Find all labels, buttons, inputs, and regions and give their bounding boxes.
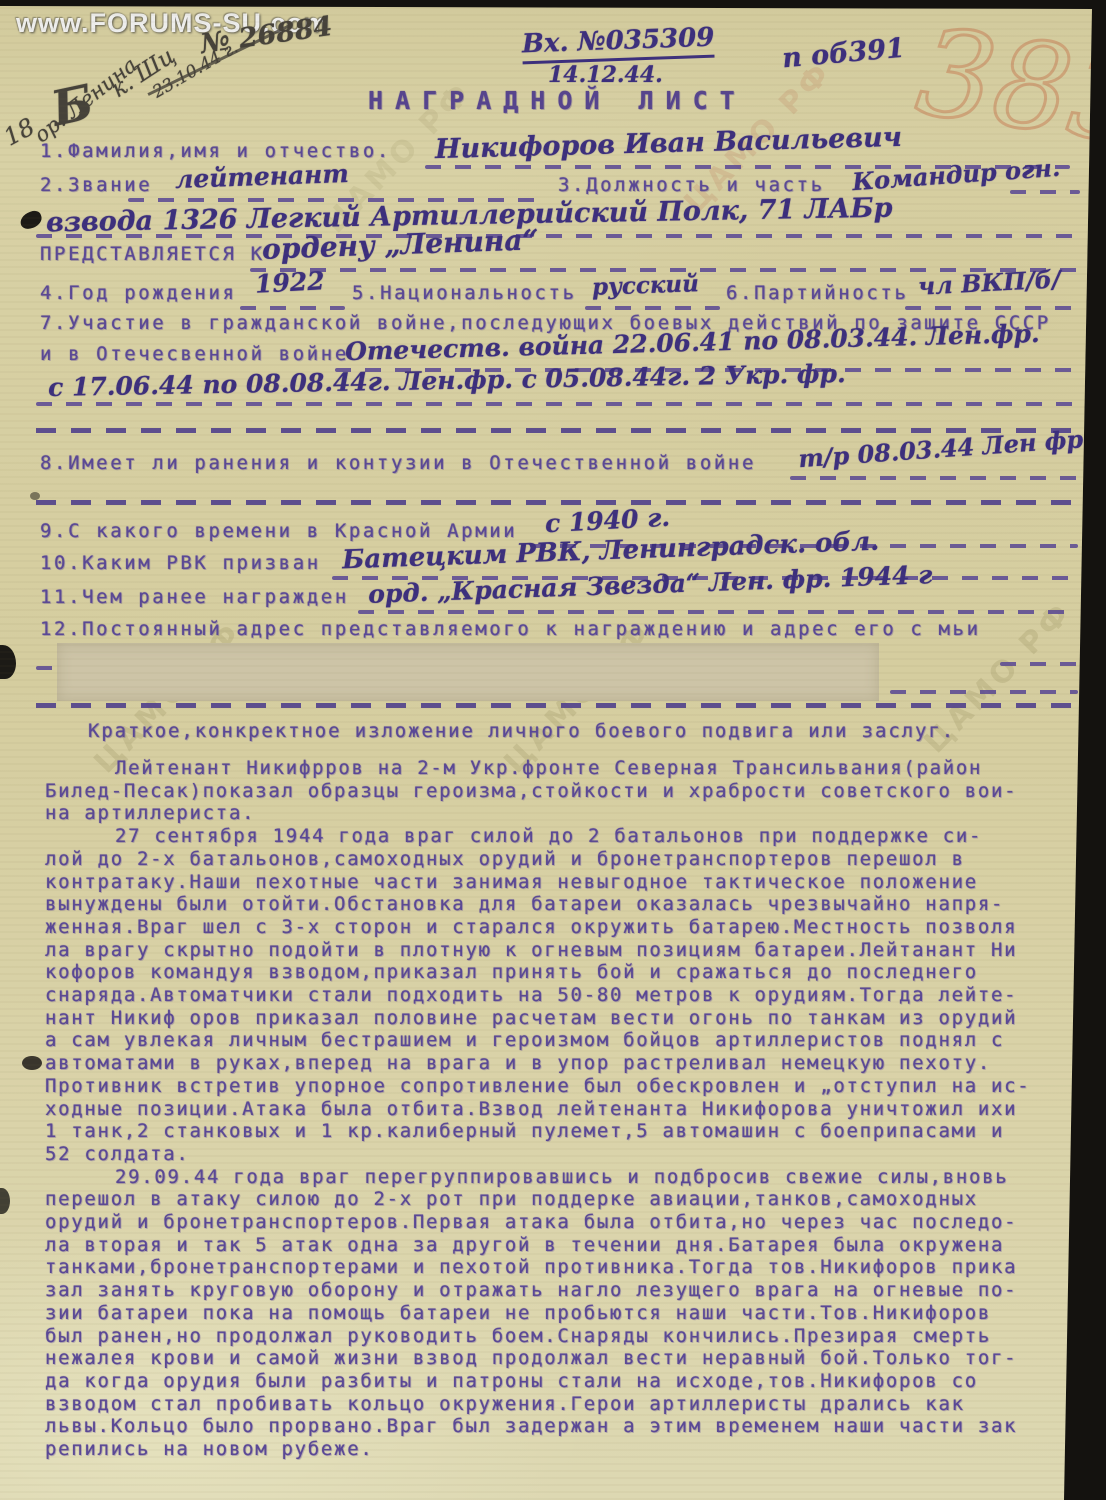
field-11-label: 11.Чем ранее награжден xyxy=(40,586,349,608)
page-title: НАГРАДНОЙ ЛИСТ xyxy=(368,86,747,115)
body-line: Лейтенант Никифрров на 2-м Укр.фронте Се… xyxy=(115,757,1075,780)
field-6-label: 6.Партийность xyxy=(726,282,909,304)
body-line: ла вторая и так 5 атак одна за другой в … xyxy=(45,1234,1075,1257)
field-7-value-line2: с 17.06.44 по 08.08.44г. Лен.фр. с 05.08… xyxy=(48,359,846,402)
dash-separator xyxy=(36,500,1080,505)
dash-line xyxy=(36,666,62,670)
body-line: нежалея крови и самой жизни взвод продол… xyxy=(45,1347,1075,1370)
section-heading: Краткое,конкректное изложение личного бо… xyxy=(88,720,955,742)
field-1-value: Никифоров Иван Васильевич xyxy=(435,122,903,165)
body-line: львы.Кольцо было прорвано.Враг был задер… xyxy=(45,1415,1075,1438)
ink-note: п об391 xyxy=(781,33,906,75)
field-5-value: русский xyxy=(592,270,700,301)
field-3-label: 3.Должность и часть xyxy=(558,174,825,196)
pencil-note-number-small: 18 xyxy=(0,112,39,151)
body-line: кофоров командуя взводом,приказал принят… xyxy=(45,961,1075,984)
field-7-label-line2: и в Отечесвенной войне xyxy=(40,343,349,365)
body-line: Билед-Песак)показал образцы героизма,сто… xyxy=(45,780,1075,803)
dash-line xyxy=(36,402,1076,406)
dash-line xyxy=(890,690,1078,694)
body-line: орудий и бронетранспортеров.Первая атака… xyxy=(45,1211,1075,1234)
body-line: ла врагу скрытно подойти в плотную к огн… xyxy=(45,939,1075,962)
body-line: автоматами в руках,вперед на врага и в у… xyxy=(45,1052,1075,1075)
field-2-value: лейтенант xyxy=(175,159,350,194)
body-line: снаряда.Автоматчики стали подходить на 5… xyxy=(45,984,1075,1007)
body-line: зии батареи пока на помощь батареи не пр… xyxy=(45,1302,1075,1325)
field-4-label: 4.Год рождения xyxy=(40,282,237,304)
field-6-value: чл ВКП/б/ xyxy=(917,264,1061,300)
dash-line xyxy=(1000,662,1078,666)
body-line: нант Никиф оров приказал половине расчет… xyxy=(45,1007,1075,1030)
body-line: 29.09.44 года враг перегруппировавшись и… xyxy=(115,1166,1075,1189)
incoming-date: 14.12.44. xyxy=(548,62,663,88)
dash-separator xyxy=(36,703,1080,708)
field-9-value: с 1940 г. xyxy=(544,503,670,539)
paper-sheet: ЦАМО РФ ЦАМО РФ ЦАМО РФ ЦАМО РФ ЦАМО РФ … xyxy=(0,0,1106,1500)
body-line: был ранен,но продолжал руководить боем.С… xyxy=(45,1325,1075,1348)
body-line: контратаку.Наши пехотные части занимая н… xyxy=(45,871,1075,894)
body-line: зал занять круговую оборону и отражать н… xyxy=(45,1279,1075,1302)
field-5-label: 5.Национальность xyxy=(352,282,577,304)
body-line: да когда орудия были разбиты и патроны с… xyxy=(45,1370,1075,1393)
body-line: репились на новом рубеже. xyxy=(45,1438,1075,1461)
body-line: женная.Враг шел с 3-х сторон и старался … xyxy=(45,916,1075,939)
incoming-number: Вх. №035309 xyxy=(521,23,714,65)
red-page-number: 383 xyxy=(909,3,1106,173)
dash-line xyxy=(36,234,1076,238)
edge-tear xyxy=(22,1056,42,1070)
body-line: а сам увлекая личным бестрашием и героиз… xyxy=(45,1029,1075,1052)
dash-line xyxy=(358,610,1076,614)
body-line: Противник встретив упорное сопротивление… xyxy=(45,1075,1075,1098)
body-line: на артиллериста. xyxy=(45,802,1075,825)
body-line: 27 сентября 1944 года враг силой до 2 ба… xyxy=(115,825,1075,848)
dash-line xyxy=(905,306,1077,310)
smudge xyxy=(30,492,40,500)
scanned-document-page: ЦАМО РФ ЦАМО РФ ЦАМО РФ ЦАМО РФ ЦАМО РФ … xyxy=(0,0,1106,1500)
ink-blot xyxy=(18,209,44,232)
field-12-label: 12.Постоянный адрес представляемого к на… xyxy=(40,618,981,640)
citation-body: Лейтенант Никифрров на 2-м Укр.фронте Се… xyxy=(45,757,1075,1461)
dash-line xyxy=(1010,190,1080,194)
dash-separator xyxy=(36,428,1080,433)
body-line: перешол в атаку силою до 2-х рот при под… xyxy=(45,1188,1075,1211)
presented-to-label: ПРЕДСТАВЛЯЕТСЯ К xyxy=(40,243,265,265)
dash-line xyxy=(790,476,1078,480)
dash-line xyxy=(585,306,720,310)
field-2-label: 2.Звание xyxy=(40,174,152,196)
body-line: ходные позиции.Атака была отбита.Взвод л… xyxy=(45,1098,1075,1121)
body-line: взводом стал пробивать кольцо окружения.… xyxy=(45,1393,1075,1416)
field-9-label: 9.С какого времени в Красной Армии xyxy=(40,520,517,542)
body-line: 1 танк,2 станковых и 1 кр.калиберный пул… xyxy=(45,1120,1075,1143)
body-line: танками,бронетранспортерами и пехотой пр… xyxy=(45,1256,1075,1279)
field-4-value: 1922 xyxy=(254,266,325,299)
edge-tear xyxy=(0,1188,10,1214)
redaction-box xyxy=(57,643,879,701)
edge-tear xyxy=(0,645,16,679)
body-line: вынуждены были отойти.Обстановка для бат… xyxy=(45,893,1075,916)
field-10-label: 10.Каким РВК призван xyxy=(40,552,321,574)
body-line: лой до 2-х батальонов,самоходных орудий … xyxy=(45,848,1075,871)
field-8-label: 8.Имеет ли ранения и контузии в Отечеств… xyxy=(40,452,756,474)
body-line: 52 солдата. xyxy=(45,1143,1075,1166)
dash-line xyxy=(240,306,345,310)
